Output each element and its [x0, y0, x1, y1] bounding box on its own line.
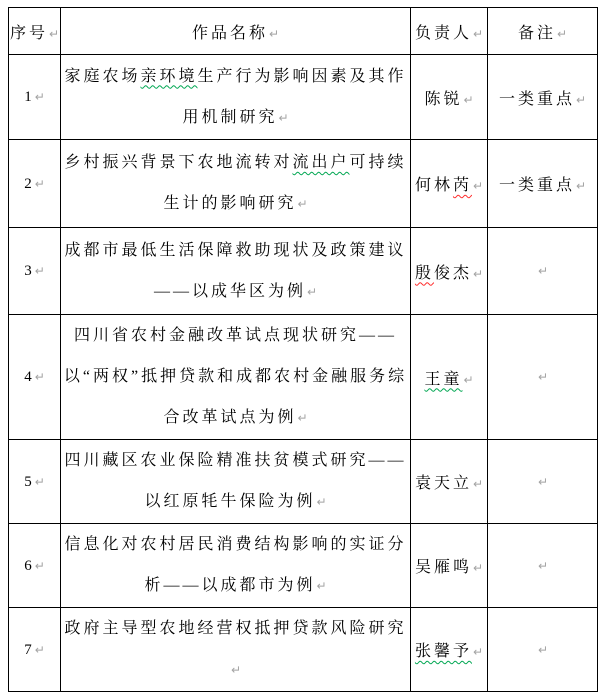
- leader-name-spellcheck-green: 王童: [424, 371, 462, 388]
- paragraph-mark-icon: ↵: [34, 90, 45, 104]
- row-number-cell[interactable]: 4↵: [9, 315, 61, 440]
- row-number: 5: [24, 474, 34, 490]
- paragraph-mark-icon: ↵: [472, 27, 483, 41]
- paragraph-mark-icon: ↵: [230, 663, 241, 677]
- paragraph-mark-icon: ↵: [34, 264, 45, 278]
- paragraph-mark-icon: ↵: [315, 495, 326, 509]
- paragraph-mark-icon: ↵: [537, 370, 548, 384]
- work-title-cell[interactable]: 乡村振兴背景下农地流转对流出户可持续生计的影响研究↵: [61, 140, 411, 228]
- header-label-title: 作品名称: [192, 25, 268, 42]
- remark-text: 一类重点: [499, 91, 575, 108]
- row-number-cell[interactable]: 6↵: [9, 524, 61, 608]
- work-title-text: 四川藏区农业保险精准扶贫模式研究——以红原牦牛保险为例: [64, 452, 406, 510]
- work-title-text: 乡村振兴背景下农地流转对: [64, 154, 292, 171]
- header-cell-leader[interactable]: 负责人↵: [411, 8, 488, 55]
- header-cell-title[interactable]: 作品名称↵: [61, 8, 411, 55]
- row-number-cell[interactable]: 1↵: [9, 55, 61, 140]
- projects-table: 序号↵ 作品名称↵ 负责人↵ 备注↵ ↵ 1↵家庭农场亲环境生产行为影响因素及其…: [8, 7, 598, 692]
- leader-name-text: 何林: [415, 177, 453, 194]
- remark-cell[interactable]: ↵↵: [488, 608, 598, 692]
- leader-cell[interactable]: 张馨予↵: [411, 608, 488, 692]
- work-title-text: 四川省农村金融改革试点现状研究——以“两权”抵押贷款和成都农村金融服务综合改革试…: [64, 327, 407, 426]
- paragraph-mark-icon: ↵: [537, 643, 548, 657]
- leader-name-spellcheck-red: 殷: [415, 265, 434, 282]
- paragraph-mark-icon: ↵: [537, 559, 548, 573]
- row-number: 2: [24, 176, 34, 192]
- paragraph-mark-icon: ↵: [315, 579, 326, 593]
- leader-name-spellcheck-red: 芮: [453, 177, 472, 194]
- work-title-cell[interactable]: 成都市最低生活保障救助现状及政策建议——以成华区为例↵: [61, 228, 411, 315]
- paragraph-mark-icon: ↵: [556, 27, 567, 41]
- header-row: 序号↵ 作品名称↵ 负责人↵ 备注↵ ↵: [9, 8, 598, 55]
- leader-name-text: 陈锐: [424, 91, 462, 108]
- remark-cell[interactable]: ↵↵: [488, 228, 598, 315]
- table-row: 6↵信息化对农村居民消费结构影响的实证分析——以成都市为例↵吴雁鸣↵↵↵: [9, 524, 598, 608]
- paragraph-mark-icon: ↵: [296, 197, 307, 211]
- paragraph-mark-icon: ↵: [296, 411, 307, 425]
- work-title-text: 成都市最低生活保障救助现状及政策建议——以成华区为例: [64, 242, 406, 300]
- work-title-cell[interactable]: 信息化对农村居民消费结构影响的实证分析——以成都市为例↵: [61, 524, 411, 608]
- row-number: 4: [24, 369, 34, 385]
- paragraph-mark-icon: ↵: [472, 645, 483, 659]
- table-row: 1↵家庭农场亲环境生产行为影响因素及其作用机制研究↵陈锐↵一类重点↵↵: [9, 55, 598, 140]
- leader-cell[interactable]: 殷俊杰↵: [411, 228, 488, 315]
- paragraph-mark-icon: ↵: [48, 27, 59, 41]
- leader-name-spellcheck-green: 张馨予: [415, 643, 472, 660]
- paragraph-mark-icon: ↵: [268, 27, 279, 41]
- work-title-cell[interactable]: 四川省农村金融改革试点现状研究——以“两权”抵押贷款和成都农村金融服务综合改革试…: [61, 315, 411, 440]
- remark-cell[interactable]: 一类重点↵↵: [488, 140, 598, 228]
- leader-name-text: 袁天立: [415, 475, 472, 492]
- paragraph-mark-icon: ↵: [472, 179, 483, 193]
- work-title-text: 家庭农场: [64, 68, 140, 85]
- remark-cell[interactable]: ↵↵: [488, 524, 598, 608]
- document-page: 序号↵ 作品名称↵ 负责人↵ 备注↵ ↵ 1↵家庭农场亲环境生产行为影响因素及其…: [0, 0, 606, 693]
- work-title-text: 政府主导型农地经营权抵押贷款风险研究: [64, 620, 406, 637]
- row-number-cell[interactable]: 2↵: [9, 140, 61, 228]
- work-title-spellcheck-green: 亲环境: [140, 68, 197, 85]
- row-number-cell[interactable]: 3↵: [9, 228, 61, 315]
- paragraph-mark-icon: ↵: [472, 561, 483, 575]
- leader-name-text: 吴雁鸣: [415, 559, 472, 576]
- paragraph-mark-icon: ↵: [537, 264, 548, 278]
- table-row: 4↵四川省农村金融改革试点现状研究——以“两权”抵押贷款和成都农村金融服务综合改…: [9, 315, 598, 440]
- remark-cell[interactable]: ↵↵: [488, 315, 598, 440]
- leader-cell[interactable]: 何林芮↵: [411, 140, 488, 228]
- table-row: 7↵政府主导型农地经营权抵押贷款风险研究↵张馨予↵↵↵: [9, 608, 598, 692]
- leader-name-text: 俊杰: [434, 265, 472, 282]
- work-title-cell[interactable]: 家庭农场亲环境生产行为影响因素及其作用机制研究↵: [61, 55, 411, 140]
- paragraph-mark-icon: ↵: [34, 475, 45, 489]
- paragraph-mark-icon: ↵: [34, 370, 45, 384]
- paragraph-mark-icon: ↵: [462, 93, 473, 107]
- remark-cell[interactable]: 一类重点↵↵: [488, 55, 598, 140]
- row-number: 3: [24, 263, 34, 279]
- header-label-remark: 备注: [518, 25, 556, 42]
- work-title-cell[interactable]: 四川藏区农业保险精准扶贫模式研究——以红原牦牛保险为例↵: [61, 440, 411, 524]
- row-number-cell[interactable]: 7↵: [9, 608, 61, 692]
- paragraph-mark-icon: ↵: [472, 477, 483, 491]
- paragraph-mark-icon: ↵: [575, 93, 586, 107]
- row-number: 7: [24, 642, 34, 658]
- header-cell-remark[interactable]: 备注↵ ↵: [488, 8, 598, 55]
- row-number: 6: [24, 558, 34, 574]
- table-row: 3↵成都市最低生活保障救助现状及政策建议——以成华区为例↵殷俊杰↵↵↵: [9, 228, 598, 315]
- work-title-cell[interactable]: 政府主导型农地经营权抵押贷款风险研究↵: [61, 608, 411, 692]
- paragraph-mark-icon: ↵: [472, 267, 483, 281]
- table-row: 5↵四川藏区农业保险精准扶贫模式研究——以红原牦牛保险为例↵袁天立↵↵↵: [9, 440, 598, 524]
- paragraph-mark-icon: ↵: [575, 179, 586, 193]
- leader-cell[interactable]: 王童↵: [411, 315, 488, 440]
- paragraph-mark-icon: ↵: [462, 373, 473, 387]
- work-title-spellcheck-green: 流出户: [292, 154, 349, 171]
- leader-cell[interactable]: 陈锐↵: [411, 55, 488, 140]
- header-label-leader: 负责人: [415, 25, 472, 42]
- paragraph-mark-icon: ↵: [277, 111, 288, 125]
- remark-cell[interactable]: ↵↵: [488, 440, 598, 524]
- remark-text: 一类重点: [499, 177, 575, 194]
- paragraph-mark-icon: ↵: [34, 559, 45, 573]
- header-label-number: 序号: [10, 25, 48, 42]
- paragraph-mark-icon: ↵: [34, 643, 45, 657]
- table-body: 1↵家庭农场亲环境生产行为影响因素及其作用机制研究↵陈锐↵一类重点↵↵2↵乡村振…: [9, 55, 598, 692]
- row-number-cell[interactable]: 5↵: [9, 440, 61, 524]
- table-row: 2↵乡村振兴背景下农地流转对流出户可持续生计的影响研究↵何林芮↵一类重点↵↵: [9, 140, 598, 228]
- paragraph-mark-icon: ↵: [537, 475, 548, 489]
- header-cell-number[interactable]: 序号↵: [9, 8, 61, 55]
- work-title-text: 信息化对农村居民消费结构影响的实证分析——以成都市为例: [64, 536, 406, 594]
- paragraph-mark-icon: ↵: [306, 285, 317, 299]
- leader-cell[interactable]: 吴雁鸣↵: [411, 524, 488, 608]
- work-title-text: 生产行为影响因素及其作用机制研究: [182, 68, 406, 126]
- row-number: 1: [24, 89, 34, 105]
- leader-cell[interactable]: 袁天立↵: [411, 440, 488, 524]
- paragraph-mark-icon: ↵: [34, 177, 45, 191]
